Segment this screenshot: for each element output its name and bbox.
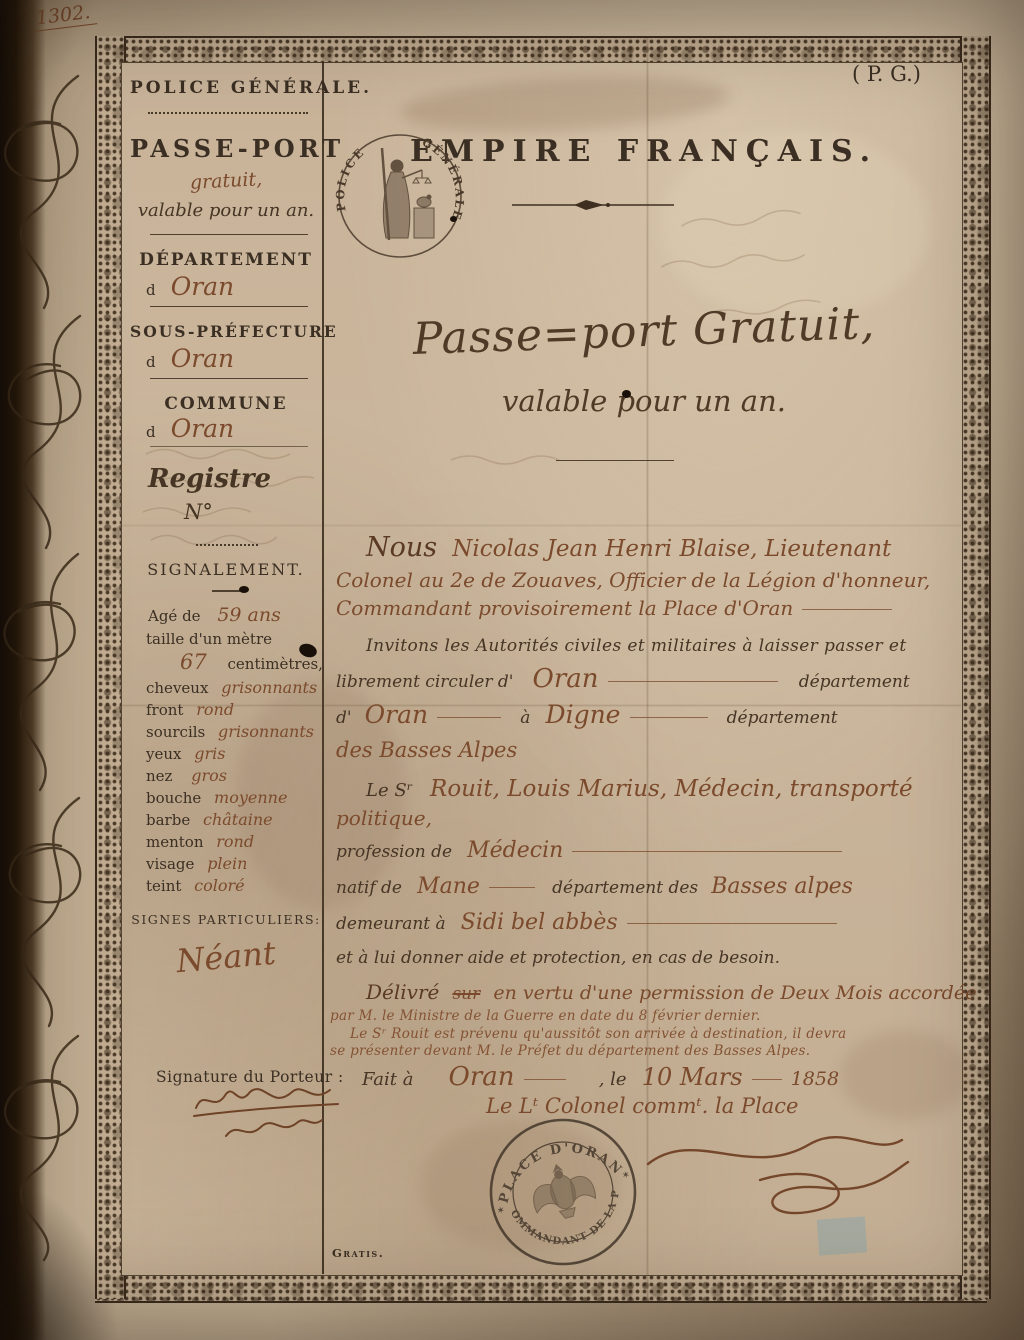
sous-prefecture-value: Oran <box>171 344 234 373</box>
commune-value: Oran <box>171 414 234 443</box>
signalement-heading: SIGNALEMENT. <box>130 560 322 579</box>
body-line: Nous Nicolas Jean Henri Blaise, Lieutena… <box>366 532 891 563</box>
row-label: menton <box>146 833 203 851</box>
birthplace-value: Mane <box>417 874 480 899</box>
body-line: Invitons les Autorités civiles et milita… <box>366 636 907 656</box>
body-line: profession de Médecin <box>336 838 846 863</box>
filler-stroke <box>608 679 778 682</box>
signalement-row-bouche: bouche moyenne <box>146 788 287 807</box>
row-label: front <box>146 701 183 719</box>
row-label: yeux <box>146 745 181 763</box>
body-line: Colonel au 2e de Zouaves, Officier de la… <box>336 568 930 592</box>
row-value: 59 ans <box>217 604 281 626</box>
issue-date: 10 Mars <box>642 1063 743 1091</box>
body-line: Commandant provisoirement la Place d'Ora… <box>336 596 896 620</box>
signalement-row-nez: nez gros <box>146 766 227 785</box>
signalement-row-centimetres: 67 centimètres, <box>146 650 323 674</box>
page-tag: ( P. G.) <box>852 62 921 86</box>
printed-text: d' <box>336 708 352 728</box>
row-value: rond <box>216 832 254 851</box>
passport-photo: 1302. <box>0 0 1024 1340</box>
porteur-signature <box>188 1084 378 1156</box>
filler-stroke <box>627 921 837 924</box>
birth-department-value: Basses alpes <box>711 874 853 899</box>
residence-value: Sidi bel abbès <box>461 910 618 935</box>
row-value: gris <box>194 744 225 763</box>
filler-stroke <box>489 885 535 888</box>
printed-text: Fait à <box>362 1069 413 1090</box>
svg-text:LE COMMANDANT DE LA PLACE: LE COMMANDANT DE LA PLACE <box>443 1087 632 1270</box>
printed-text: librement circuler d' <box>336 672 513 692</box>
margin-flourishes-decoration <box>0 70 100 1330</box>
body-line: d' Oran à Digne département <box>336 700 838 729</box>
signes-particuliers-label: SIGNES PARTICULIERS: <box>130 912 322 927</box>
printed-text: demeurant à <box>336 914 446 934</box>
justice-figure-illustration <box>382 148 434 240</box>
filler-stroke <box>630 715 708 718</box>
place-oran-stamp: PLACE D'ORAN LE COMMANDANT DE LA PLACE ✶… <box>468 1106 658 1282</box>
body-line: natif de Mane département des Basses alp… <box>336 874 853 899</box>
stamp-bottom-text: LE COMMANDANT DE LA PLACE <box>443 1087 632 1270</box>
origin-city: Oran <box>533 664 599 694</box>
filler-stroke <box>572 849 842 852</box>
filler-stroke <box>437 715 501 718</box>
dotted-rule <box>196 544 258 546</box>
row-value: grisonnants <box>218 722 314 741</box>
signalement-row-front: front rond <box>146 700 234 719</box>
printed-text: à <box>520 708 530 728</box>
issue-year: 1858 <box>791 1068 839 1090</box>
row-value: 67 <box>180 650 207 674</box>
issue-line: Fait à Oran , le 10 Mars 1858 <box>362 1062 839 1092</box>
printed-text: département des <box>552 878 698 898</box>
filler-stroke <box>802 607 892 610</box>
signalement-row-taille: taille d'un mètre <box>146 630 272 648</box>
row-label: barbe <box>146 811 190 829</box>
printed-delivre: Délivré <box>366 980 439 1004</box>
commandant-signature <box>640 1122 940 1222</box>
row-label: sourcils <box>146 723 205 741</box>
signalement-row-visage: visage plein <box>146 854 247 873</box>
stamp-star-right: ✶ <box>621 1169 632 1182</box>
stamp-star-left: ✶ <box>496 1205 507 1218</box>
row-value: gros <box>191 766 227 785</box>
printed-text: département <box>727 708 838 728</box>
commune-field: d Oran <box>146 414 234 443</box>
permission-note: en vertu d'une permission de Deux Mois a… <box>493 982 976 1004</box>
bearer-status: politique, <box>336 806 432 830</box>
filler-stroke <box>524 1077 566 1080</box>
passeport-script-subtitle: valable pour un an. <box>336 384 952 418</box>
row-label: taille d'un mètre <box>146 630 272 648</box>
departement-value: Oran <box>171 272 234 301</box>
row-value: plein <box>207 854 247 873</box>
vignette-left-text: POLICE <box>333 144 368 212</box>
row-value: moyenne <box>214 788 287 807</box>
row-value: coloré <box>194 876 244 895</box>
registre-number-label: N° <box>184 500 213 524</box>
section-rule <box>150 446 308 447</box>
body-line: librement circuler d' Oran département <box>336 664 910 694</box>
origin-department: Oran <box>365 700 428 729</box>
row-label: bouche <box>146 789 201 807</box>
ink-blot <box>622 390 631 398</box>
dotted-rule <box>148 112 308 114</box>
printed-text: Le Sʳ <box>366 780 413 801</box>
row-label: teint <box>146 877 181 895</box>
registre-label: Registre <box>148 464 271 494</box>
ink-blot <box>239 586 249 593</box>
profession-value: Médecin <box>467 838 563 863</box>
signalement-row-menton: menton rond <box>146 832 254 851</box>
printed-text: natif de <box>336 878 402 898</box>
protection-clause: et à lui donner aide et protection, en c… <box>336 948 780 968</box>
bearer-authority-name: Nicolas Jean Henri Blaise, Lieutenant <box>452 536 891 562</box>
issue-place: Oran <box>449 1062 515 1092</box>
passeport-heading: PASSE-PORT <box>130 134 322 163</box>
arrival-warning-line2: se présenter devant M. le Préfet du dépa… <box>330 1043 810 1059</box>
signalement-row-sourcils: sourcils grisonnants <box>146 722 314 741</box>
printed-nous: Nous <box>366 532 437 563</box>
departement-label: DÉPARTEMENT <box>130 250 322 270</box>
row-label: visage <box>146 855 194 873</box>
section-rule <box>150 234 308 235</box>
filler-stroke <box>752 1077 782 1080</box>
sous-prefecture-field: d Oran <box>146 344 234 373</box>
row-label: cheveux <box>146 679 208 697</box>
row-value: châtaine <box>203 810 273 829</box>
sous-prefecture-label: SOUS-PRÉFECTURE <box>130 322 322 341</box>
row-label: nez <box>146 767 172 785</box>
ink-blot <box>450 216 457 222</box>
section-rule <box>150 306 308 307</box>
printed-text: profession de <box>336 842 452 862</box>
row-suffix: centimètres, <box>228 655 323 673</box>
body-line: demeurant à Sidi bel abbès <box>336 910 841 935</box>
struck-word: sur <box>452 984 480 1004</box>
row-value: grisonnants <box>221 678 317 697</box>
signalement-row-barbe: barbe châtaine <box>146 810 273 829</box>
printed-text: , le <box>599 1069 627 1090</box>
signalement-row-cheveux: cheveux grisonnants <box>146 678 317 697</box>
row-label: Agé de <box>148 607 201 625</box>
field-prefix: d <box>146 353 156 371</box>
valable-note: valable pour un an. <box>130 200 322 221</box>
imperial-eagle-illustration <box>526 1157 599 1224</box>
heading-dash <box>212 590 240 592</box>
commune-label: COMMUNE <box>130 394 322 414</box>
departement-field: d Oran <box>146 272 234 301</box>
signalement-row-age: Agé de 59 ans <box>148 604 281 626</box>
body-line: Le Sʳ Rouit, Louis Marius, Médecin, tran… <box>366 776 913 802</box>
paper-repair-patch <box>817 1216 867 1255</box>
gratis-note: Gratis. <box>332 1246 384 1260</box>
body-line: Délivré sur en vertu d'une permission de… <box>366 980 976 1004</box>
field-prefix: d <box>146 423 156 441</box>
police-generale-vignette: POLICE GÉNÉRALE. <box>334 130 466 262</box>
row-value: rond <box>196 700 234 719</box>
destination-city: Digne <box>546 700 621 729</box>
field-prefix: d <box>146 281 156 299</box>
destination-department: des Basses Alpes <box>336 738 517 762</box>
subtitle-rule <box>556 460 674 461</box>
title-divider-ornament <box>508 198 678 212</box>
signalement-row-yeux: yeux gris <box>146 744 225 763</box>
police-generale-heading: POLICE GÉNÉRALE. <box>130 78 322 98</box>
arrival-warning-line1: Le Sʳ Rouit est prévenu qu'aussitôt son … <box>350 1026 846 1042</box>
svg-text:POLICE: POLICE <box>333 144 368 212</box>
bearer-name: Rouit, Louis Marius, Médecin, transporté <box>430 776 913 802</box>
authority-command: Commandant provisoirement la Place d'Ora… <box>336 596 793 620</box>
frame-border-right <box>960 36 991 1299</box>
permission-note-line2: par M. le Ministre de la Guerre en date … <box>330 1008 761 1024</box>
section-rule <box>150 378 308 379</box>
printed-text: département <box>799 672 910 692</box>
signalement-row-teint: teint coloré <box>146 876 245 895</box>
